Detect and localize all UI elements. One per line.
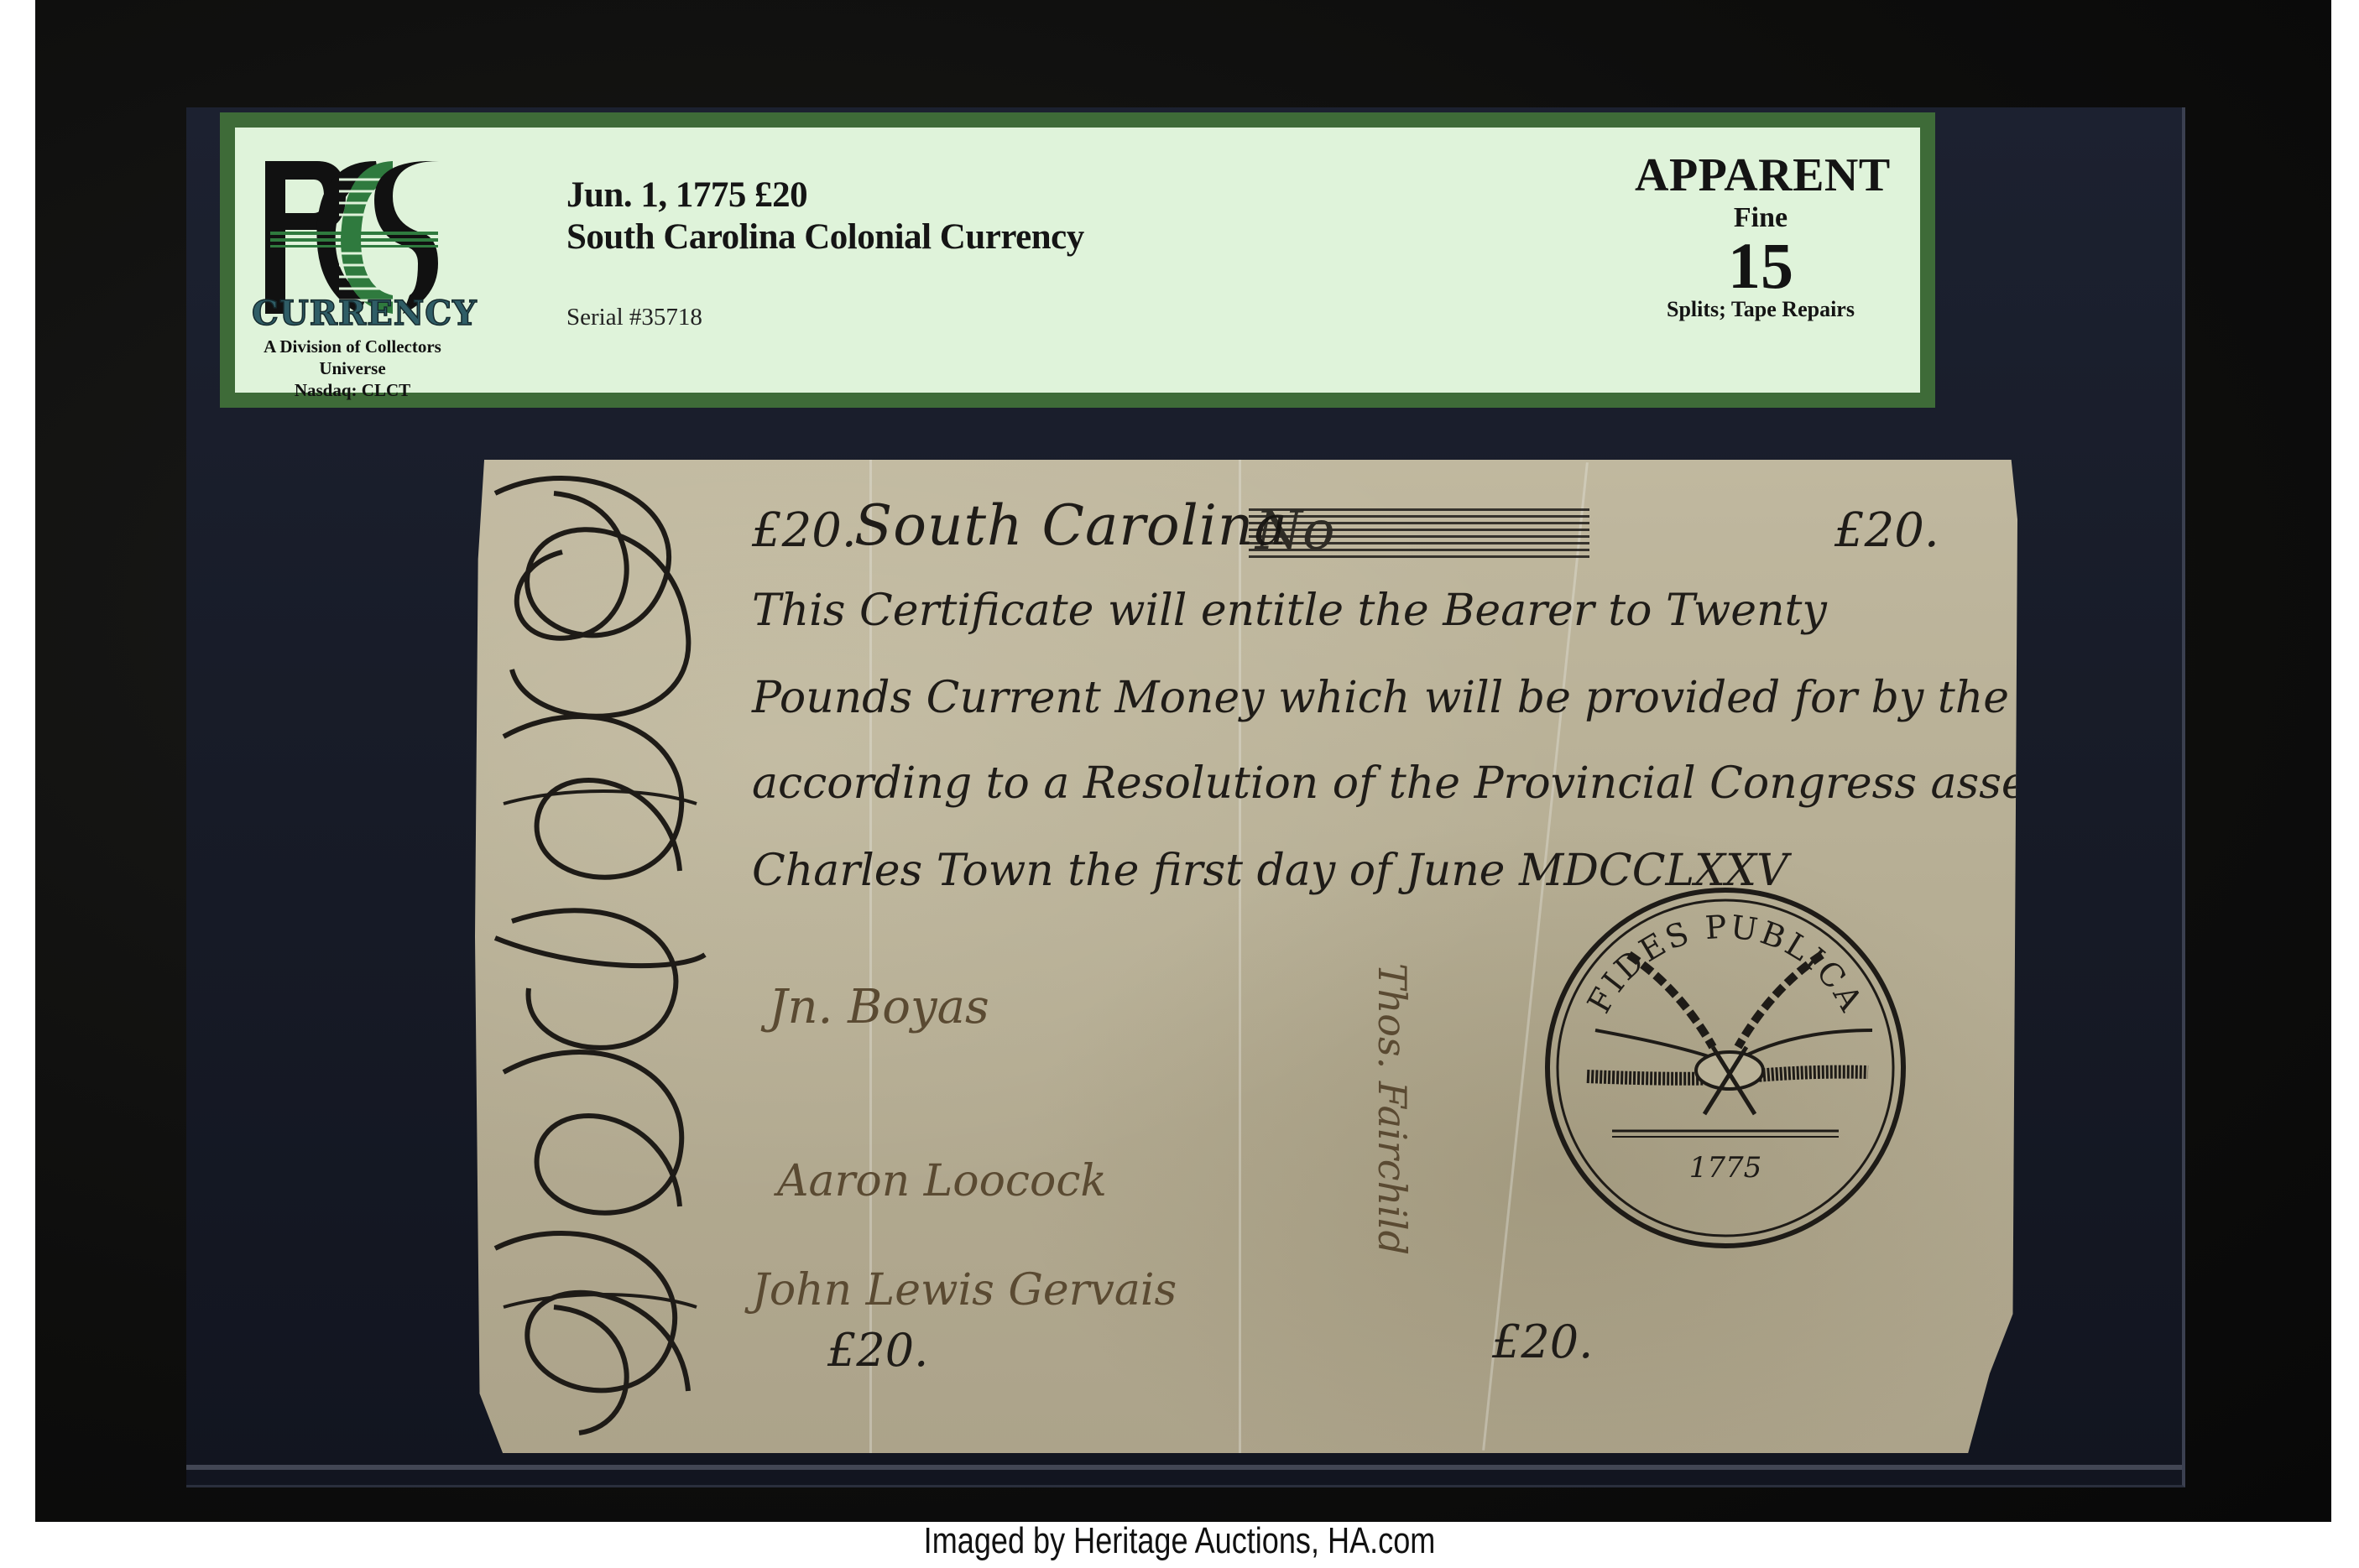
- grade-number: 15: [1635, 235, 1887, 297]
- signature: Aaron Loocock: [777, 1156, 1107, 1206]
- ticker-line: Nasdaq: CLCT: [243, 379, 462, 401]
- signature: John Lewis Gervais: [752, 1265, 1177, 1315]
- note-type: South Carolina Colonial Currency: [566, 216, 1084, 258]
- division-text: A Division of Collectors Universe Nasdaq…: [243, 336, 462, 401]
- label-panel: CURRENCY A Division of Collectors Univer…: [235, 128, 1920, 393]
- holder-edge: [186, 1465, 2182, 1470]
- grade-comments: Splits; Tape Repairs: [1635, 297, 1887, 322]
- serial-number-box: No: [1249, 508, 1589, 560]
- state-name: South Carolina: [854, 493, 1288, 558]
- grade-qualifier: APPARENT: [1635, 151, 1887, 200]
- denomination-top-left: £20.: [752, 503, 857, 558]
- currency-wordmark: CURRENCY: [252, 294, 453, 333]
- image-credit: Imaged by Heritage Auctions, HA.com: [212, 1520, 2147, 1562]
- denomination-bottom-right: £20.: [1492, 1315, 1593, 1368]
- serial-number: Serial #35718: [566, 304, 702, 331]
- signature: Jn. Boyas: [769, 980, 989, 1034]
- grade-block: APPARENT Fine 15 Splits; Tape Repairs: [1635, 151, 1887, 322]
- flourish-border-icon: [478, 468, 715, 1441]
- grading-label: CURRENCY A Division of Collectors Univer…: [220, 112, 1935, 408]
- banknote: £20. South Carolina No £20. This Certifi…: [475, 460, 2017, 1453]
- signature-vertical: Thos. Fairchild: [1370, 963, 1415, 1255]
- serial-prefix: No: [1255, 500, 1335, 562]
- denomination-top-right: £20.: [1834, 503, 1939, 558]
- note-text-line: This Certificate will entitle the Bearer…: [752, 586, 1827, 636]
- note-text-line: Pounds Current Money which will be provi…: [752, 673, 2161, 723]
- note-date-denomination: Jun. 1, 1775 £20: [566, 175, 807, 216]
- seal-year: 1775: [1689, 1151, 1762, 1185]
- note-text-line: according to a Resolution of the Provinc…: [752, 758, 2221, 809]
- division-line: A Division of Collectors Universe: [243, 336, 462, 379]
- denomination-bottom-left: £20.: [827, 1324, 928, 1377]
- fides-publica-seal: FIDES PUBLICA 1775: [1537, 879, 1914, 1257]
